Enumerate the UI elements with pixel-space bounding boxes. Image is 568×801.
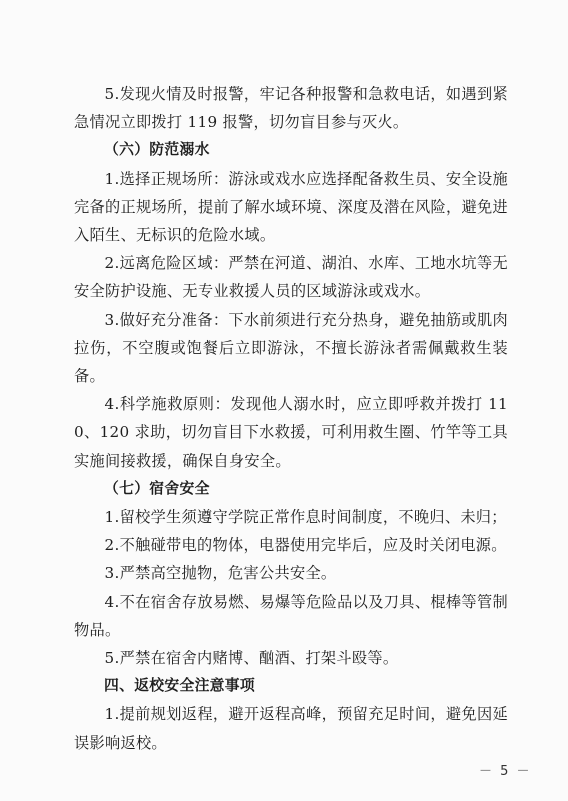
- section-heading-drowning: （六）防范溺水: [74, 136, 508, 164]
- drowning-item-4: 4.科学施救原则：发现他人溺水时，应立即呼救并拨打 110、120 求助，切勿盲…: [74, 390, 508, 475]
- drowning-item-1: 1.选择正规场所：游泳或戏水应选择配备救生员、安全设施完备的正规场所，提前了解水…: [74, 165, 508, 250]
- dorm-item-5: 5.严禁在宿舍内赌博、酗酒、打架斗殴等。: [74, 644, 508, 672]
- drowning-item-2: 2.远离危险区域：严禁在河道、湖泊、水库、工地水坑等无安全防护设施、无专业救援人…: [74, 249, 508, 305]
- page-number: － 5 －: [479, 760, 532, 779]
- return-item-1: 1.提前规划返程，避开返程高峰，预留充足时间，避免因延误影响返校。: [74, 700, 508, 756]
- dorm-item-3: 3.严禁高空抛物，危害公共安全。: [74, 559, 508, 587]
- document-page: 5.发现火情及时报警，牢记各种报警和急救电话，如遇到紧急情况立即拨打 119 报…: [74, 80, 508, 757]
- dorm-item-2: 2.不触碰带电的物体，电器使用完毕后，应及时关闭电源。: [74, 531, 508, 559]
- section-heading-return: 四、返校安全注意事项: [74, 672, 508, 700]
- dorm-item-1: 1.留校学生须遵守学院正常作息时间制度，不晚归、未归；: [74, 503, 508, 531]
- dorm-item-4: 4.不在宿舍存放易燃、易爆等危险品以及刀具、棍棒等管制物品。: [74, 588, 508, 644]
- fire-item-5: 5.发现火情及时报警，牢记各种报警和急救电话，如遇到紧急情况立即拨打 119 报…: [74, 80, 508, 136]
- drowning-item-3: 3.做好充分准备：下水前须进行充分热身，避免抽筋或肌肉拉伤，不空腹或饱餐后立即游…: [74, 306, 508, 391]
- section-heading-dormitory: （七）宿舍安全: [74, 475, 508, 503]
